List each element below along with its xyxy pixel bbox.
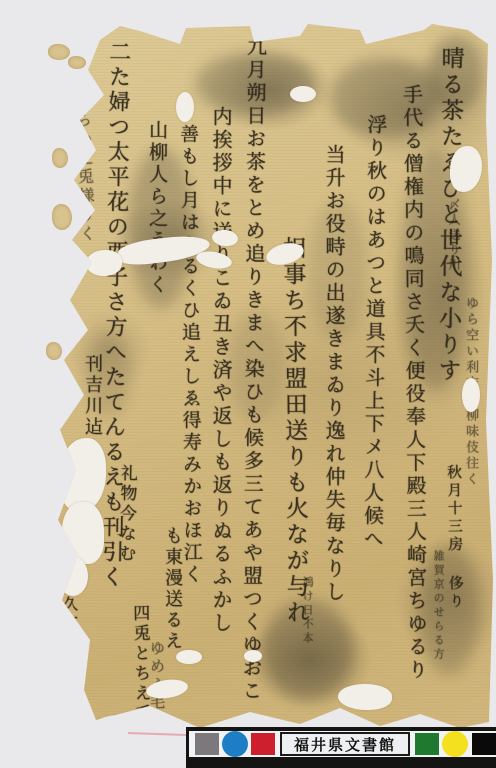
damage-patch — [462, 378, 480, 412]
annotation-column-02: 秋月十三房 侈り — [446, 464, 464, 611]
green-square-patch — [415, 733, 439, 755]
damage-patch — [338, 684, 392, 710]
text-column-04: 当升お役畤の出遂きまゐり逸れ仲失毎なりし — [324, 144, 344, 604]
annotation-column-04: 〆人送り川 — [448, 198, 460, 273]
damage-patch — [290, 86, 316, 102]
damage-patch — [244, 650, 262, 662]
torn-fragment — [46, 342, 62, 360]
text-column-07: 内挨拶中に送りこゐ丑き済や返しも返りぬるふかし — [211, 106, 231, 635]
torn-fragment — [68, 56, 86, 69]
damage-patch — [58, 556, 88, 596]
archive-label-text: 福井県文書館 — [294, 734, 396, 755]
annotation-column-03: 雑賀京のせらる方 — [433, 550, 444, 662]
damage-patch — [86, 250, 122, 276]
manuscript-paper: 晴る茶たゑひと世代な小りす ゆら空い利吉小柳味伎往く 秋月十三房 侈り 雑賀京の… — [0, 0, 496, 768]
damage-patch — [450, 146, 482, 192]
text-column-06: 九月朔日お茶をとめ追りきまへ染ひも候多三てあや盟つくゆおこ — [241, 36, 266, 703]
text-column-16: も東漫送るえ — [163, 526, 181, 652]
archive-label: 福井県文書館 — [280, 732, 410, 756]
damage-patch — [176, 650, 202, 664]
torn-fragment — [52, 148, 68, 168]
torn-fragment — [52, 204, 72, 230]
photo-canvas: 晴る茶たゑひと世代な小りす ゆら空い利吉小柳味伎往く 秋月十三房 侈り 雑賀京の… — [0, 0, 496, 768]
black-square-patch — [472, 733, 496, 755]
scale-strip: 福井県文書館 — [189, 731, 496, 757]
text-column-08: 善もし月はらるくひ追えしゑ得寿みかおほ江く — [178, 124, 201, 586]
text-column-03: 浮り秋のはあつと道具不斗上下メ八人候へ — [362, 114, 386, 551]
annotation-column-05: 鴻け日不本 — [302, 576, 313, 646]
blue-circle-patch — [222, 731, 248, 757]
color-scale-bar: 福井県文書館 — [186, 727, 496, 768]
damage-patch — [96, 712, 157, 729]
torn-fragment — [48, 44, 70, 60]
text-column-09: 山柳人ら之うわく — [147, 120, 166, 296]
gray-square-patch — [195, 733, 219, 755]
text-column-05: 相事ち不求盟田送りも火なが与れ — [280, 236, 307, 626]
damage-patch — [62, 502, 104, 564]
text-column-02: 手代る僧権内の鳴同さ夭く便役奉人下殿三人崎宮ちゆるり — [401, 84, 426, 682]
text-column-15: 四兎とちえ毛 — [130, 604, 149, 724]
text-column-13: 礼物今なむ — [116, 464, 135, 564]
red-square-patch — [251, 733, 275, 755]
text-column-11: あらい芝兎様りく — [73, 92, 94, 244]
damage-patch — [176, 92, 194, 122]
yellow-circle-patch — [442, 731, 468, 757]
scratch-mark — [128, 732, 186, 736]
text-column-17: ゆめふ毛 — [149, 640, 164, 712]
text-column-14: 久方ぬら毛 — [62, 596, 77, 686]
